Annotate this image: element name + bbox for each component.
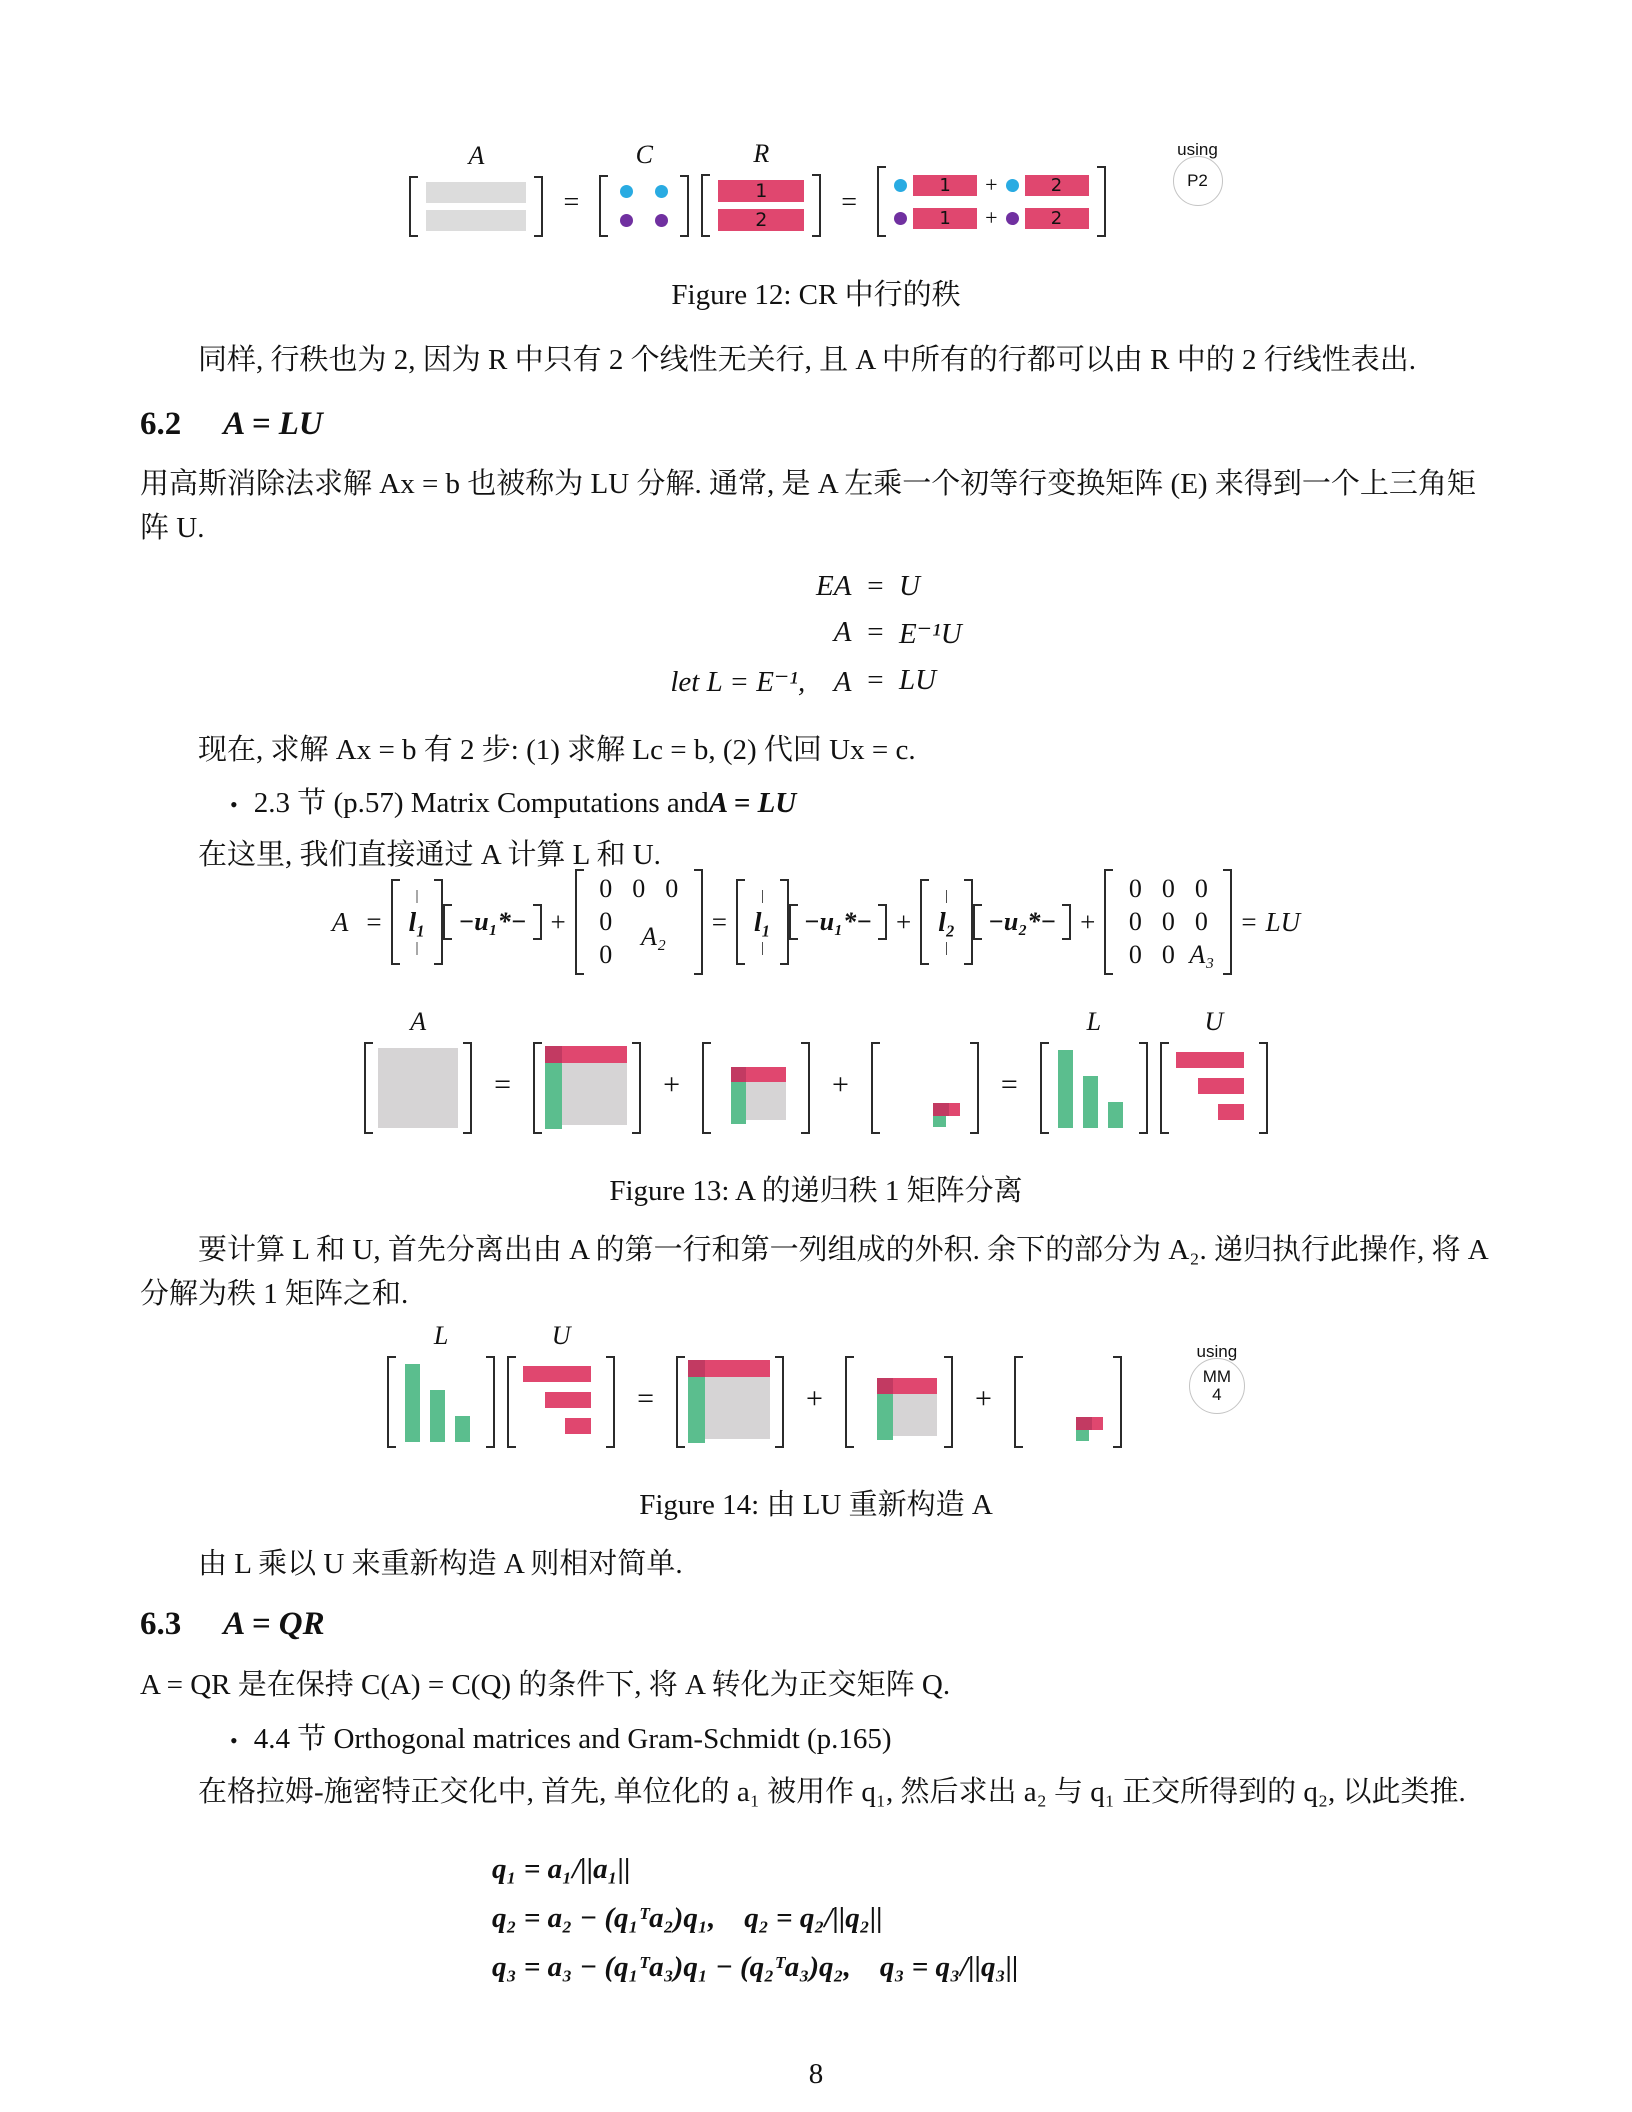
fig14-label-l: L (434, 1322, 448, 1350)
mm-number: 4 (1212, 1386, 1221, 1404)
gs-equation-line: q₂ = a₂ − (q₁ᵀa₂)q₁, q₂ = q₂/||q₂|| (492, 1894, 1018, 1943)
p2-circle: P2 (1173, 156, 1223, 206)
bracket-right (780, 879, 789, 965)
dark-corner (688, 1360, 705, 1377)
vector-bar: | (945, 941, 948, 955)
fig12-matrix-r-body: 1 2 (710, 174, 812, 237)
vector-bar: | (761, 941, 764, 955)
bracket-right (775, 1356, 784, 1448)
bracket-right (1139, 1042, 1148, 1134)
fig13-rank1-small (871, 1042, 979, 1134)
math-LU: LU (1266, 907, 1301, 938)
bracket-left (973, 904, 982, 940)
figure-13-diagram: A = + + (0, 1008, 1632, 1134)
matrix-cell: 0 (660, 874, 684, 904)
bracket-right (1113, 1356, 1122, 1448)
eq-rhs: U (899, 570, 962, 603)
pink-row-bar (545, 1392, 591, 1408)
bracket-left (871, 1042, 880, 1134)
bullet-text: 4.4 节 Orthogonal matrices and Gram-Schmi… (254, 1716, 892, 1757)
bracket-right (534, 176, 543, 237)
fig12-label-c: C (636, 141, 653, 169)
fig14-matrix-u (507, 1356, 615, 1448)
gs-equation-line: q₃ = a₃ − (q₁ᵀa₃)q₁ − (q₂ᵀa₃)q₂, q₃ = q₃… (492, 1943, 1018, 1992)
rank1-large (545, 1046, 629, 1130)
fig14-label-u: U (552, 1322, 571, 1350)
fig12-matrix-c-body (608, 175, 680, 237)
using-mm4-badge: using MM 4 (1189, 1342, 1245, 1414)
cyan-dot (620, 185, 633, 198)
rank1-medium-body (711, 1042, 801, 1134)
fig13-rank1-medium (702, 1042, 810, 1134)
green-column-bar (1083, 1076, 1098, 1128)
fig12-label-a: A (469, 142, 485, 170)
pink-row-bar: 2 (1025, 208, 1089, 229)
purple-dot (1006, 212, 1019, 225)
green-column-bar (455, 1416, 470, 1442)
green-left-column (877, 1394, 893, 1440)
pink-top-row (893, 1378, 937, 1394)
page-number: 8 (0, 2058, 1632, 2091)
matrix-cell: 0 (1189, 907, 1213, 937)
matrix-cell: 0 (1123, 940, 1147, 970)
bullet-text: 2.3 节 (p.57) Matrix Computations and (254, 780, 709, 821)
bracket-left (702, 1042, 711, 1134)
fig12-sum-body: 1 + 2 1 + 2 (886, 166, 1096, 237)
fig12-matrix-a (409, 176, 543, 237)
math-u1-row: −u₁*− (798, 904, 878, 940)
pink-row-bar: 2 (1025, 175, 1089, 196)
bullet-marker: • (230, 1728, 238, 1754)
bracket-right (801, 1042, 810, 1134)
fig13-rank1-large (533, 1042, 641, 1134)
plus-sign: + (806, 1382, 823, 1416)
equals-sign: = (1241, 907, 1256, 938)
matrix-cell: 0 (594, 940, 618, 970)
math-l1: l₁ (409, 907, 426, 937)
pink-top-row (1092, 1417, 1103, 1430)
bracket-left (877, 166, 886, 237)
eq-lhs: A (670, 616, 851, 651)
equals-sign: = (637, 1382, 654, 1416)
sum-row: 1 + 2 (894, 205, 1088, 231)
pink-row-bar (1176, 1052, 1244, 1068)
gray-row-bar (426, 182, 526, 203)
row-vector-u2: −u₂*− (973, 904, 1071, 940)
plus-sign: + (896, 907, 911, 938)
paragraph-row-rank: 同样, 行秩也为 2, 因为 R 中只有 2 个线性无关行, 且 A 中所有的行… (140, 338, 1492, 382)
u-matrix-body (1169, 1042, 1259, 1134)
row-vector-u1: −u₁*− (789, 904, 887, 940)
bracket-right (878, 904, 887, 940)
bracket-left (736, 879, 745, 965)
plus-sign: + (985, 205, 997, 231)
purple-dot (894, 212, 907, 225)
lu-decomposition-equation: A = |l₁| −u₁*− + 000 0 0 A₂ = |l₁| −u₁*−… (0, 862, 1632, 982)
dark-corner (1076, 1417, 1092, 1430)
math-u1-row: −u₁*− (452, 904, 532, 940)
plus-sign: + (551, 907, 566, 938)
matrix-cell: 0 (1156, 940, 1180, 970)
mm4-circle: MM 4 (1189, 1358, 1245, 1414)
bracket-right (1259, 1042, 1268, 1134)
figure-14-diagram: L U = (0, 1322, 1632, 1448)
vector-bar: | (761, 889, 764, 903)
column-vector-l1: |l₁| (736, 879, 789, 965)
l-matrix-body (396, 1356, 486, 1448)
fig12-sum-matrix: 1 + 2 1 + 2 (877, 166, 1105, 237)
pink-row-bar (1218, 1104, 1244, 1120)
matrix-a3-body: 000 000 00A₃ (1113, 869, 1223, 975)
plus-sign: + (663, 1068, 680, 1102)
green-column-bar (430, 1390, 445, 1442)
green-left-column (731, 1082, 746, 1124)
u-matrix-body (516, 1356, 606, 1448)
equals-sign: = (865, 570, 885, 603)
bracket-left (845, 1356, 854, 1448)
green-left-column (545, 1063, 562, 1129)
equals-sign: = (563, 187, 579, 219)
gray-matrix (376, 1046, 460, 1130)
fig12-matrix-r-unit: R 1 2 (701, 140, 821, 237)
bracket-right (1223, 869, 1232, 975)
eq-lhs: EA (670, 570, 851, 603)
fig12-matrix-a-unit: A (409, 142, 543, 237)
bullet-math: A = LU (709, 787, 796, 820)
pink-top-row (949, 1103, 960, 1116)
rank1-large-body (685, 1356, 775, 1448)
green-left-column (1076, 1430, 1089, 1441)
sum-row: 1 + 2 (894, 172, 1088, 198)
dark-corner (877, 1378, 893, 1394)
bracket-left (575, 869, 584, 975)
purple-dot (620, 214, 633, 227)
eq-rhs: LU (899, 664, 962, 699)
bracket-right (944, 1356, 953, 1448)
pink-top-row (746, 1067, 786, 1082)
purple-dot (655, 214, 668, 227)
rank1-small-body (1023, 1356, 1113, 1448)
vector-bar: | (416, 941, 419, 955)
fig13-matrix-u (1160, 1042, 1268, 1134)
math-l2: l₂ (938, 907, 955, 937)
bracket-right (812, 174, 821, 237)
equals-sign: = (366, 907, 381, 938)
fig12-matrix-c-unit: C (599, 141, 689, 237)
equals-sign: = (712, 907, 727, 938)
section-number: 6.3 (140, 1606, 181, 1642)
equals-sign: = (1001, 1068, 1018, 1102)
matrix-a2-body: 000 0 0 A₂ (584, 869, 694, 975)
pink-row-bar (1198, 1078, 1244, 1094)
bracket-left (676, 1356, 685, 1448)
mm-label: MM (1203, 1368, 1231, 1386)
cyan-dot (1006, 179, 1019, 192)
fig14-matrix-l (387, 1356, 495, 1448)
matrix-cell: 0 (1156, 907, 1180, 937)
gray-row-bar (426, 210, 526, 231)
l-matrix (399, 1360, 483, 1444)
fig13-matrix-l-unit: L (1040, 1008, 1148, 1134)
bracket-right (434, 879, 443, 965)
figure-13-caption: Figure 13: A 的递归秩 1 矩阵分离 (0, 1168, 1632, 1209)
l-matrix-body (1049, 1042, 1139, 1134)
fig14-rank1-large (676, 1356, 784, 1448)
math-A: A (332, 907, 349, 938)
lu-equation-block: EA=U A=E⁻¹U let L = E⁻¹, A=LU (670, 570, 961, 699)
fig14-matrix-l-unit: L (387, 1322, 495, 1448)
column-vector-body: |l₂| (929, 879, 964, 965)
fig13-label-a: A (410, 1008, 426, 1036)
fig12-matrix-c (599, 175, 689, 237)
rank1-small (883, 1046, 967, 1130)
fig13-matrix-l (1040, 1042, 1148, 1134)
fig13-label-u: U (1204, 1008, 1223, 1036)
fig14-rank1-medium (845, 1356, 953, 1448)
equals-sign: = (865, 616, 885, 651)
section-title-math: A = LU (223, 406, 322, 442)
math-A2: A₂ (641, 922, 666, 952)
pink-row-bar (565, 1418, 591, 1434)
matrix-cell: 0 (1123, 907, 1147, 937)
column-vector-body: |l₁| (745, 879, 780, 965)
dark-corner (933, 1103, 949, 1116)
l-matrix (1052, 1046, 1136, 1130)
math-A3: A₃ (1189, 940, 1213, 970)
plus-sign: + (985, 172, 997, 198)
green-column-bar (1058, 1050, 1073, 1128)
fig12-label-r: R (753, 140, 769, 168)
eq-lhs: let L = E⁻¹, A (670, 664, 851, 699)
eq-rhs: E⁻¹U (899, 616, 962, 651)
bracket-right (694, 869, 703, 975)
bracket-left (409, 176, 418, 237)
bracket-left (533, 1042, 542, 1134)
bracket-right (970, 1042, 979, 1134)
bracket-right (964, 879, 973, 965)
green-left-column (933, 1116, 946, 1127)
equals-sign: = (865, 664, 885, 699)
gray-remainder (746, 1082, 786, 1120)
fig12-matrix-a-body (418, 176, 534, 237)
u-matrix (1172, 1046, 1256, 1130)
matrix-cell: 0 (594, 874, 618, 904)
section-6-2-heading: 6.2A = LU (140, 406, 323, 443)
plus-sign: + (832, 1068, 849, 1102)
bullet-marker: • (230, 792, 238, 818)
p2-label: P2 (1187, 172, 1208, 190)
equals-sign: = (841, 187, 857, 219)
bracket-right (606, 1356, 615, 1448)
matrix-cell: 0 (1156, 874, 1180, 904)
rank1-large-body (542, 1042, 632, 1134)
plus-sign: + (975, 1382, 992, 1416)
figure-14-caption: Figure 14: 由 LU 重新构造 A (0, 1482, 1632, 1523)
bracket-left (507, 1356, 516, 1448)
pink-row-bar (523, 1366, 591, 1382)
bracket-left (1014, 1356, 1023, 1448)
bullet-section-2-3: • 2.3 节 (p.57) Matrix Computations and A… (230, 780, 796, 821)
pink-row-bar: 1 (913, 175, 977, 196)
paragraph-lu-intro: 用高斯消除法求解 Ax = b 也被称为 LU 分解. 通常, 是 A 左乘一个… (140, 462, 1492, 550)
matrix-cell: 0 (1123, 874, 1147, 904)
fig12-sum-matrix-unit: 1 + 2 1 + 2 (877, 166, 1105, 237)
green-left-column (688, 1377, 705, 1443)
column-vector-body: |l₁| (400, 879, 435, 965)
rank1-small (1026, 1360, 1110, 1444)
paragraph-gram-schmidt: 在格拉姆-施密特正交化中, 首先, 单位化的 a₁ 被用作 q₁, 然后求出 a… (140, 1770, 1492, 1814)
dark-corner (545, 1046, 562, 1063)
column-vector-l2: |l₂| (920, 879, 973, 965)
bracket-left (443, 904, 452, 940)
cyan-dot (894, 179, 907, 192)
dark-corner (731, 1067, 746, 1082)
rank1-small-body (880, 1042, 970, 1134)
matrix-cell: 0 (627, 874, 651, 904)
pink-row-bar: 2 (718, 209, 804, 231)
matrix-a2-block: 000 0 0 A₂ (575, 869, 703, 975)
section-6-3-heading: 6.3A = QR (140, 1606, 325, 1643)
pink-row-bar: 1 (718, 180, 804, 202)
bracket-left (920, 879, 929, 965)
green-column-bar (1108, 1102, 1123, 1128)
row-vector-u1: −u₁*− (443, 904, 541, 940)
rank1-medium (857, 1360, 941, 1444)
gs-equation-line: q₁ = a₁/||a₁|| (492, 1845, 1018, 1894)
matrix-cell: 0 (594, 907, 618, 937)
cyan-dot (655, 185, 668, 198)
bracket-left (387, 1356, 396, 1448)
gray-remainder (562, 1063, 627, 1125)
bracket-left (599, 175, 608, 237)
rank1-large (688, 1360, 772, 1444)
paragraph-two-steps: 现在, 求解 Ax = b 有 2 步: (1) 求解 Lc = b, (2) … (140, 728, 1492, 772)
fig12-matrix-r: 1 2 (701, 174, 821, 237)
matrix-a3-block: 000 000 00A₃ (1104, 869, 1232, 975)
bracket-left (789, 904, 798, 940)
bracket-left (1040, 1042, 1049, 1134)
equals-sign: = (494, 1068, 511, 1102)
vector-bar: | (416, 889, 419, 903)
fig13-matrix-a-unit: A (364, 1008, 472, 1134)
bracket-left (1104, 869, 1113, 975)
bracket-right (1097, 166, 1106, 237)
paragraph-outer-product: 要计算 L 和 U, 首先分离出由 A 的第一行和第一列组成的外积. 余下的部分… (140, 1228, 1492, 1316)
using-p2-badge: using P2 (1173, 140, 1223, 206)
gray-remainder (893, 1394, 937, 1436)
fig14-rank1-small (1014, 1356, 1122, 1448)
matrix-cell: 0 (1189, 874, 1213, 904)
plus-sign: + (1080, 907, 1095, 938)
fig13-matrix-a (364, 1042, 472, 1134)
gray-remainder (705, 1377, 770, 1439)
rank1-medium-body (854, 1356, 944, 1448)
bracket-right (1062, 904, 1071, 940)
figure-12-caption: Figure 12: CR 中行的秩 (0, 272, 1632, 313)
fig13-matrix-u-unit: U (1160, 1008, 1268, 1134)
bracket-left (364, 1042, 373, 1134)
bracket-right (486, 1356, 495, 1448)
section-number: 6.2 (140, 406, 181, 442)
fig13-a-body (373, 1042, 463, 1134)
green-column-bar (405, 1364, 420, 1442)
bracket-left (391, 879, 400, 965)
rank1-medium (714, 1046, 798, 1130)
fig14-matrix-u-unit: U (507, 1322, 615, 1448)
bracket-left (1160, 1042, 1169, 1134)
document-page: A = C (0, 0, 1632, 2112)
figure-12-diagram: A = C (0, 140, 1632, 237)
bracket-right (533, 904, 542, 940)
math-u2-row: −u₂*− (982, 904, 1062, 940)
vector-bar: | (945, 889, 948, 903)
gray-square (378, 1048, 458, 1128)
column-vector-l1: |l₁| (391, 879, 444, 965)
bracket-left (701, 174, 710, 237)
bracket-right (632, 1042, 641, 1134)
gram-schmidt-equations: q₁ = a₁/||a₁|| q₂ = a₂ − (q₁ᵀa₂)q₁, q₂ =… (492, 1845, 1018, 1992)
bullet-section-4-4: • 4.4 节 Orthogonal matrices and Gram-Sch… (230, 1716, 892, 1757)
paragraph-reconstruct: 由 L 乘以 U 来重新构造 A 则相对简单. (140, 1542, 1492, 1586)
bracket-right (680, 175, 689, 237)
math-l1: l₁ (754, 907, 771, 937)
paragraph-qr-intro: A = QR 是在保持 C(A) = C(Q) 的条件下, 将 A 转化为正交矩… (140, 1663, 1492, 1707)
section-title-math: A = QR (223, 1606, 324, 1642)
bracket-right (463, 1042, 472, 1134)
u-matrix (519, 1360, 603, 1444)
pink-row-bar: 1 (913, 208, 977, 229)
fig13-label-l: L (1087, 1008, 1101, 1036)
